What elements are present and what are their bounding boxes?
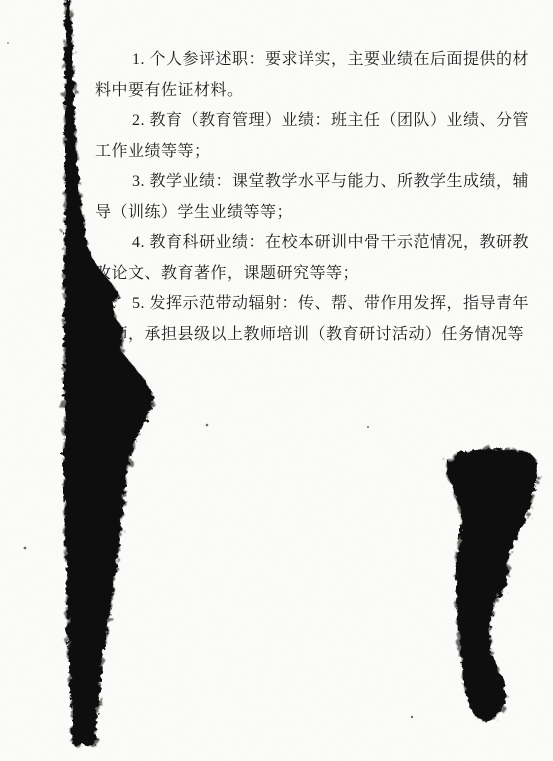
- ink-stain-bottom-right-core: [446, 449, 537, 721]
- text-line: 3. 教学业绩：课堂教学水平与能力、所教学生成绩，辅: [95, 167, 535, 198]
- text-line: 导（训练）学生业绩等等；: [95, 198, 535, 229]
- text-line: 4. 教育科研业绩：在校本研训中骨干示范情况，教研教: [95, 228, 535, 259]
- text-line: 工作业绩等等；: [95, 137, 535, 168]
- text-line: 5. 发挥示范带动辐射：传、帮、带作用发挥，指导青年: [95, 289, 535, 320]
- speck: [206, 424, 209, 427]
- text-line: 改论文、教育著作，课题研究等等；: [95, 259, 535, 290]
- speck: [7, 42, 9, 44]
- speck: [24, 547, 27, 550]
- scanned-document-page: 1. 个人参评述职：要求详实，主要业绩在后面提供的材 料中要有佐证材料。 2. …: [0, 0, 553, 761]
- text-line: 料中要有佐证材料。: [95, 76, 535, 107]
- text-line: 2. 教育（教育管理）业绩：班主任（团队）业绩、分管: [95, 106, 535, 137]
- ink-stain-bottom-right: [446, 449, 537, 721]
- text-line: 1. 个人参评述职：要求详实，主要业绩在后面提供的材: [95, 45, 535, 76]
- speck: [367, 426, 369, 428]
- speck: [411, 716, 413, 718]
- text-line: 教师，承担县级以上教师培训（教育研讨活动）任务情况等: [95, 320, 535, 351]
- document-text: 1. 个人参评述职：要求详实，主要业绩在后面提供的材 料中要有佐证材料。 2. …: [95, 45, 535, 350]
